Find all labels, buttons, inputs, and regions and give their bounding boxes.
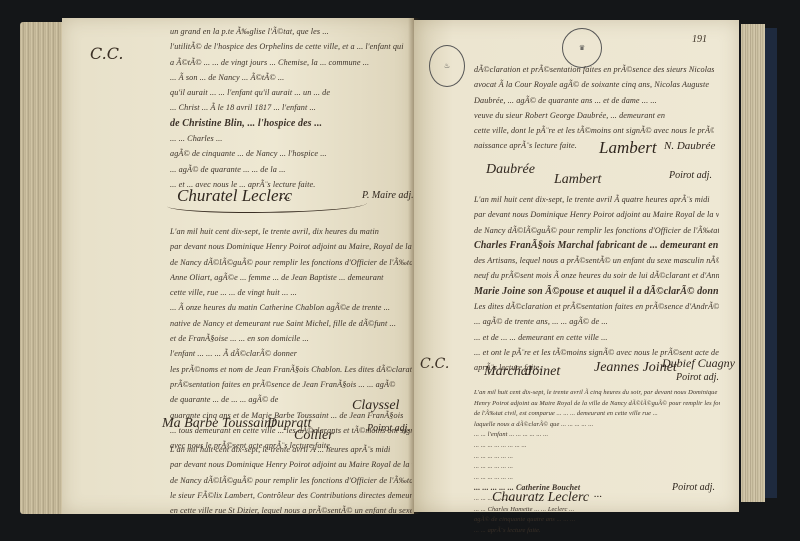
page-number: 191 <box>692 34 707 45</box>
signature-flourish <box>167 196 367 213</box>
signature: Ma Barbe Toussaint <box>162 416 275 432</box>
signature: N. Daubrée <box>664 140 715 152</box>
entry-continuation: un grand en la p.te Ã‰glise l'Ã©tat, que… <box>170 24 410 192</box>
signature: Daubrée <box>486 162 535 178</box>
signature: Dubief Cuagny <box>662 356 735 371</box>
signature: Lambert <box>554 172 601 188</box>
mayor-signature: Poirot adj. <box>676 372 719 383</box>
mayor-signature: P. Maire adj. <box>362 190 414 201</box>
birth-entry: L'an mil huit cent dix-sept, le trente a… <box>474 388 720 536</box>
margin-note-cc: C.C. <box>420 356 449 372</box>
signature: Marchal <box>484 364 532 380</box>
left-page: C.C. un grand en la p.te Ã‰glise l'Ã©tat… <box>62 18 414 514</box>
margin-note-cc: C.C. <box>90 44 124 63</box>
book-cover-edge <box>765 28 777 498</box>
birth-entry: L'an mil huit cent dix-sept, le trente a… <box>170 442 412 518</box>
signature: Lambert <box>599 138 657 158</box>
mayor-signature: Poirot adj. <box>669 170 712 181</box>
birth-entry: L'an mil huit cent dix-sept, le trente a… <box>474 192 719 376</box>
right-page: ♨ ♛ 191 dÃ©claration et prÃ©sentation fa… <box>414 20 739 512</box>
open-register-book: C.C. un grand en la p.te Ã‰glise l'Ã©tat… <box>20 18 765 518</box>
signature: Chauratz Leclerc <box>492 490 589 506</box>
mayor-signature: Poirot adj. <box>367 423 410 434</box>
signature: ... <box>594 488 602 500</box>
signature: Joinet <box>526 364 560 380</box>
page-stack-left <box>20 22 62 514</box>
signature: Clayssel <box>352 398 399 414</box>
mayor-signature: Poirot adj. <box>672 482 715 493</box>
page-stack-right <box>741 24 765 502</box>
seal-stamp-icon: ♨ <box>429 45 465 87</box>
